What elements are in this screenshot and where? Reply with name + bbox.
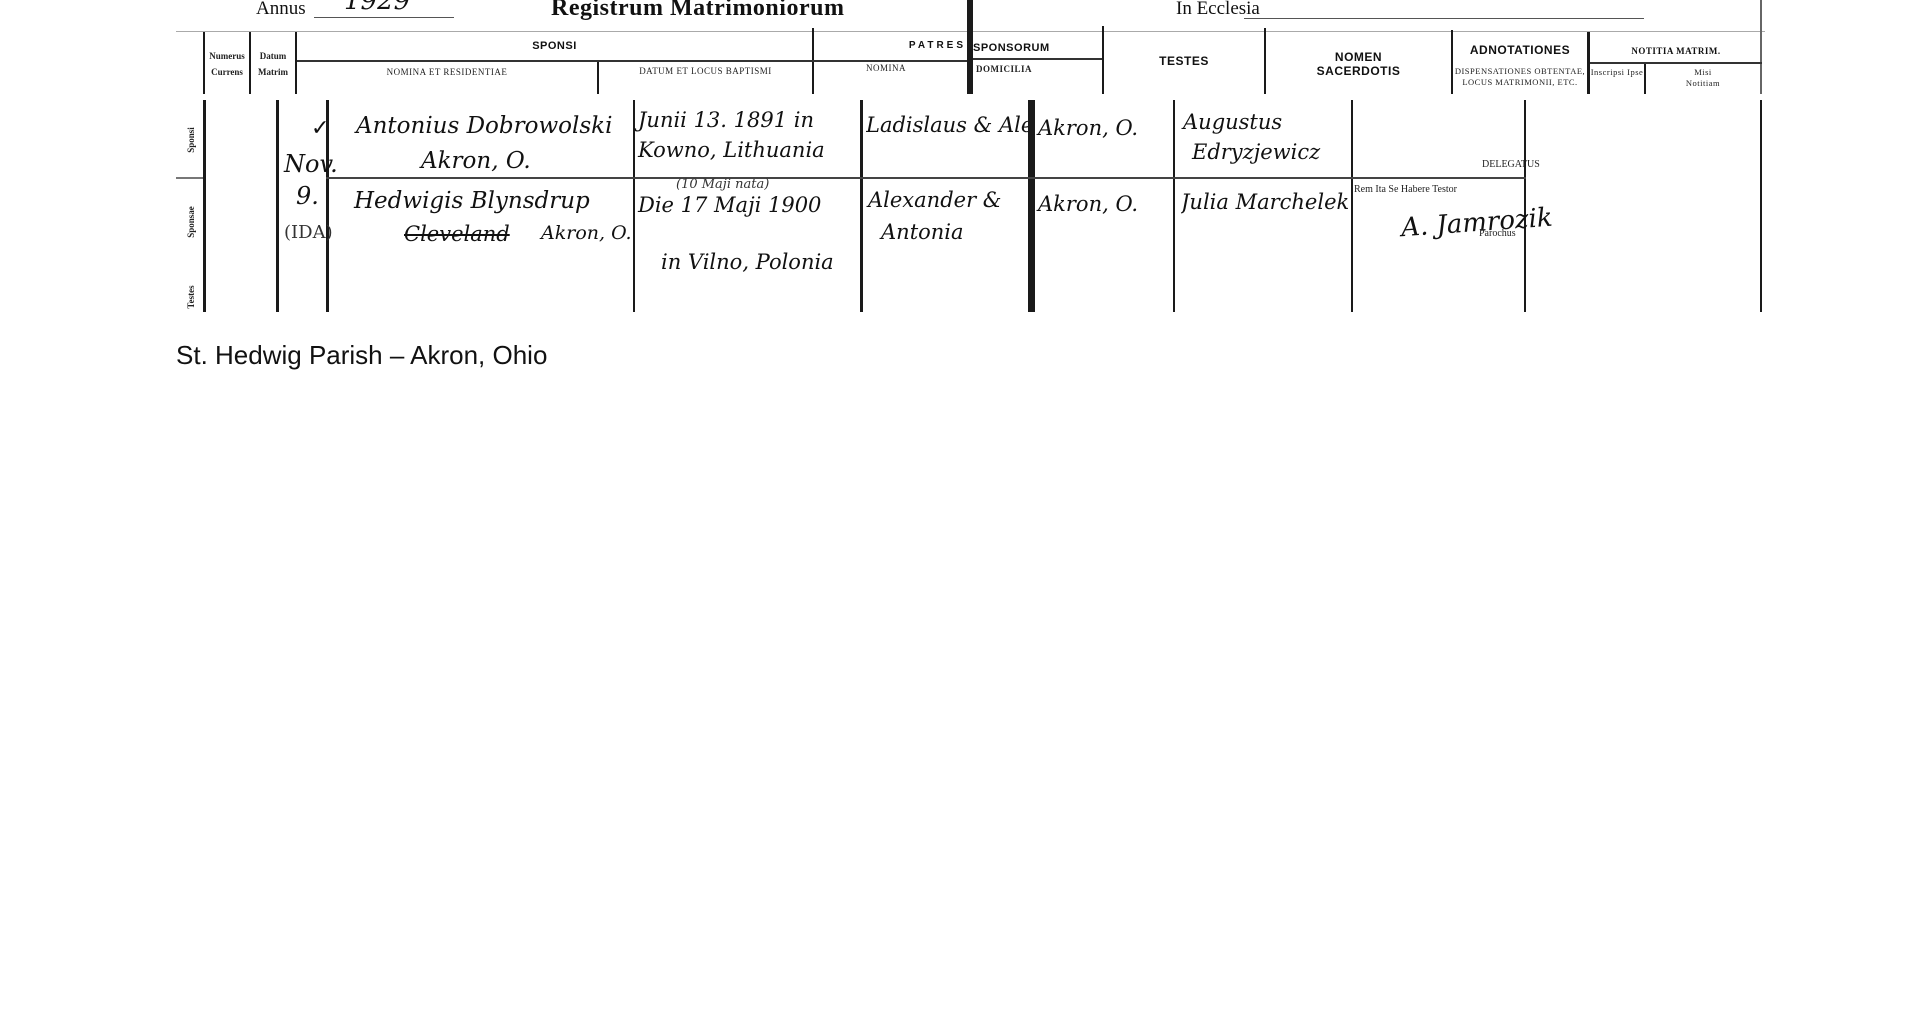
header-datum-locus-baptismi: DATUM ET LOCUS BAPTISMI	[599, 66, 812, 76]
entry-date-month: Nov.	[284, 150, 338, 178]
header-sponsorum: SPONSORUM	[973, 42, 1073, 54]
row-label-sponsi: Sponsi	[186, 115, 196, 165]
header-domicilia: DOMICILIA	[976, 64, 1076, 74]
groom-parents: Ladislaus & Alexa	[866, 113, 1028, 137]
bride-baptism-line2: in Vilno, Polonia	[661, 250, 834, 274]
annus-underline	[314, 17, 454, 18]
witness1-line2: Edryzjewicz	[1192, 140, 1320, 164]
ecclesia-underline	[1244, 18, 1644, 19]
bride-parents-domicile: Akron, O.	[1038, 192, 1138, 216]
row-label-sponsae: Sponsae	[186, 195, 196, 249]
bride-parents-line1: Alexander &	[868, 188, 1001, 212]
header-nomina-residentiae: NOMINA ET RESIDENTIAE	[297, 67, 597, 77]
bride-residence: Akron, O.	[541, 222, 632, 244]
register-title: Registrum Matrimoniorum	[551, 0, 844, 22]
header-adnotationes: ADNOTATIONES	[1453, 43, 1587, 57]
testor-label: Rem Ita Se Habere Testor	[1354, 184, 1457, 195]
bride-baptism-note: (10 Maji nata)	[676, 177, 769, 192]
groom-baptism-line2: Kowno, Lithuania	[638, 138, 825, 162]
image-caption: St. Hedwig Parish – Akron, Ohio	[176, 340, 547, 371]
witness2: Julia Marchelek	[1181, 190, 1349, 214]
bride-name: Hedwigis Blynsdrup	[354, 188, 590, 214]
entry-note: (IDA)	[284, 222, 333, 243]
header-adnotationes-sub: DISPENSATIONES OBTENTAE, LOCUS MATRIMONI…	[1453, 66, 1587, 88]
header-nomen-sacerdotis: NOMEN SACERDOTIS	[1266, 50, 1451, 78]
header-patres: PATRES	[906, 40, 966, 51]
bride-parents-line2: Antonia	[881, 220, 964, 244]
groom-residence: Akron, O.	[421, 148, 531, 174]
priest-signature: A. Jamrozik	[1400, 203, 1553, 244]
marriage-register-scan: Annus 1929 Registrum Matrimoniorum In Ec…	[176, 0, 1765, 312]
header-testes: TESTES	[1104, 54, 1264, 68]
header-datum-matrim: Datum Matrim	[251, 48, 295, 80]
bride-baptism-line1: Die 17 Maji 1900	[638, 193, 821, 217]
groom-parents-domicile: Akron, O.	[1038, 116, 1138, 140]
header-numerus-currens: Numerus Currens	[205, 48, 249, 80]
witness1-line1: Augustus	[1183, 110, 1282, 134]
bride-residence-struck: Cleveland	[404, 222, 510, 246]
groom-baptism-line1: Junii 13. 1891 in	[638, 108, 814, 132]
delegatus-label: DELEGATUS	[1482, 159, 1540, 170]
parochus-label: Parochus	[1479, 228, 1516, 239]
annus-label: Annus	[256, 0, 306, 20]
annus-value: 1929	[344, 0, 410, 16]
check-mark: ✓	[311, 116, 329, 141]
groom-name: Antonius Dobrowolski	[356, 113, 612, 139]
header-sponsi: SPONSI	[297, 40, 812, 52]
header-inscripsi-ipse: Inscripsi Ipse	[1590, 67, 1644, 78]
header-notitia-matrim: NOTITIA MATRIM.	[1590, 46, 1762, 56]
row-label-testes: Testes	[186, 272, 196, 322]
entry-date-day: 9.	[296, 182, 319, 210]
ecclesia-label: In Ecclesia	[1176, 0, 1260, 20]
header-misi-notitiam: Misi Notitiam	[1646, 67, 1760, 89]
header-nomina: NOMINA	[826, 63, 946, 73]
